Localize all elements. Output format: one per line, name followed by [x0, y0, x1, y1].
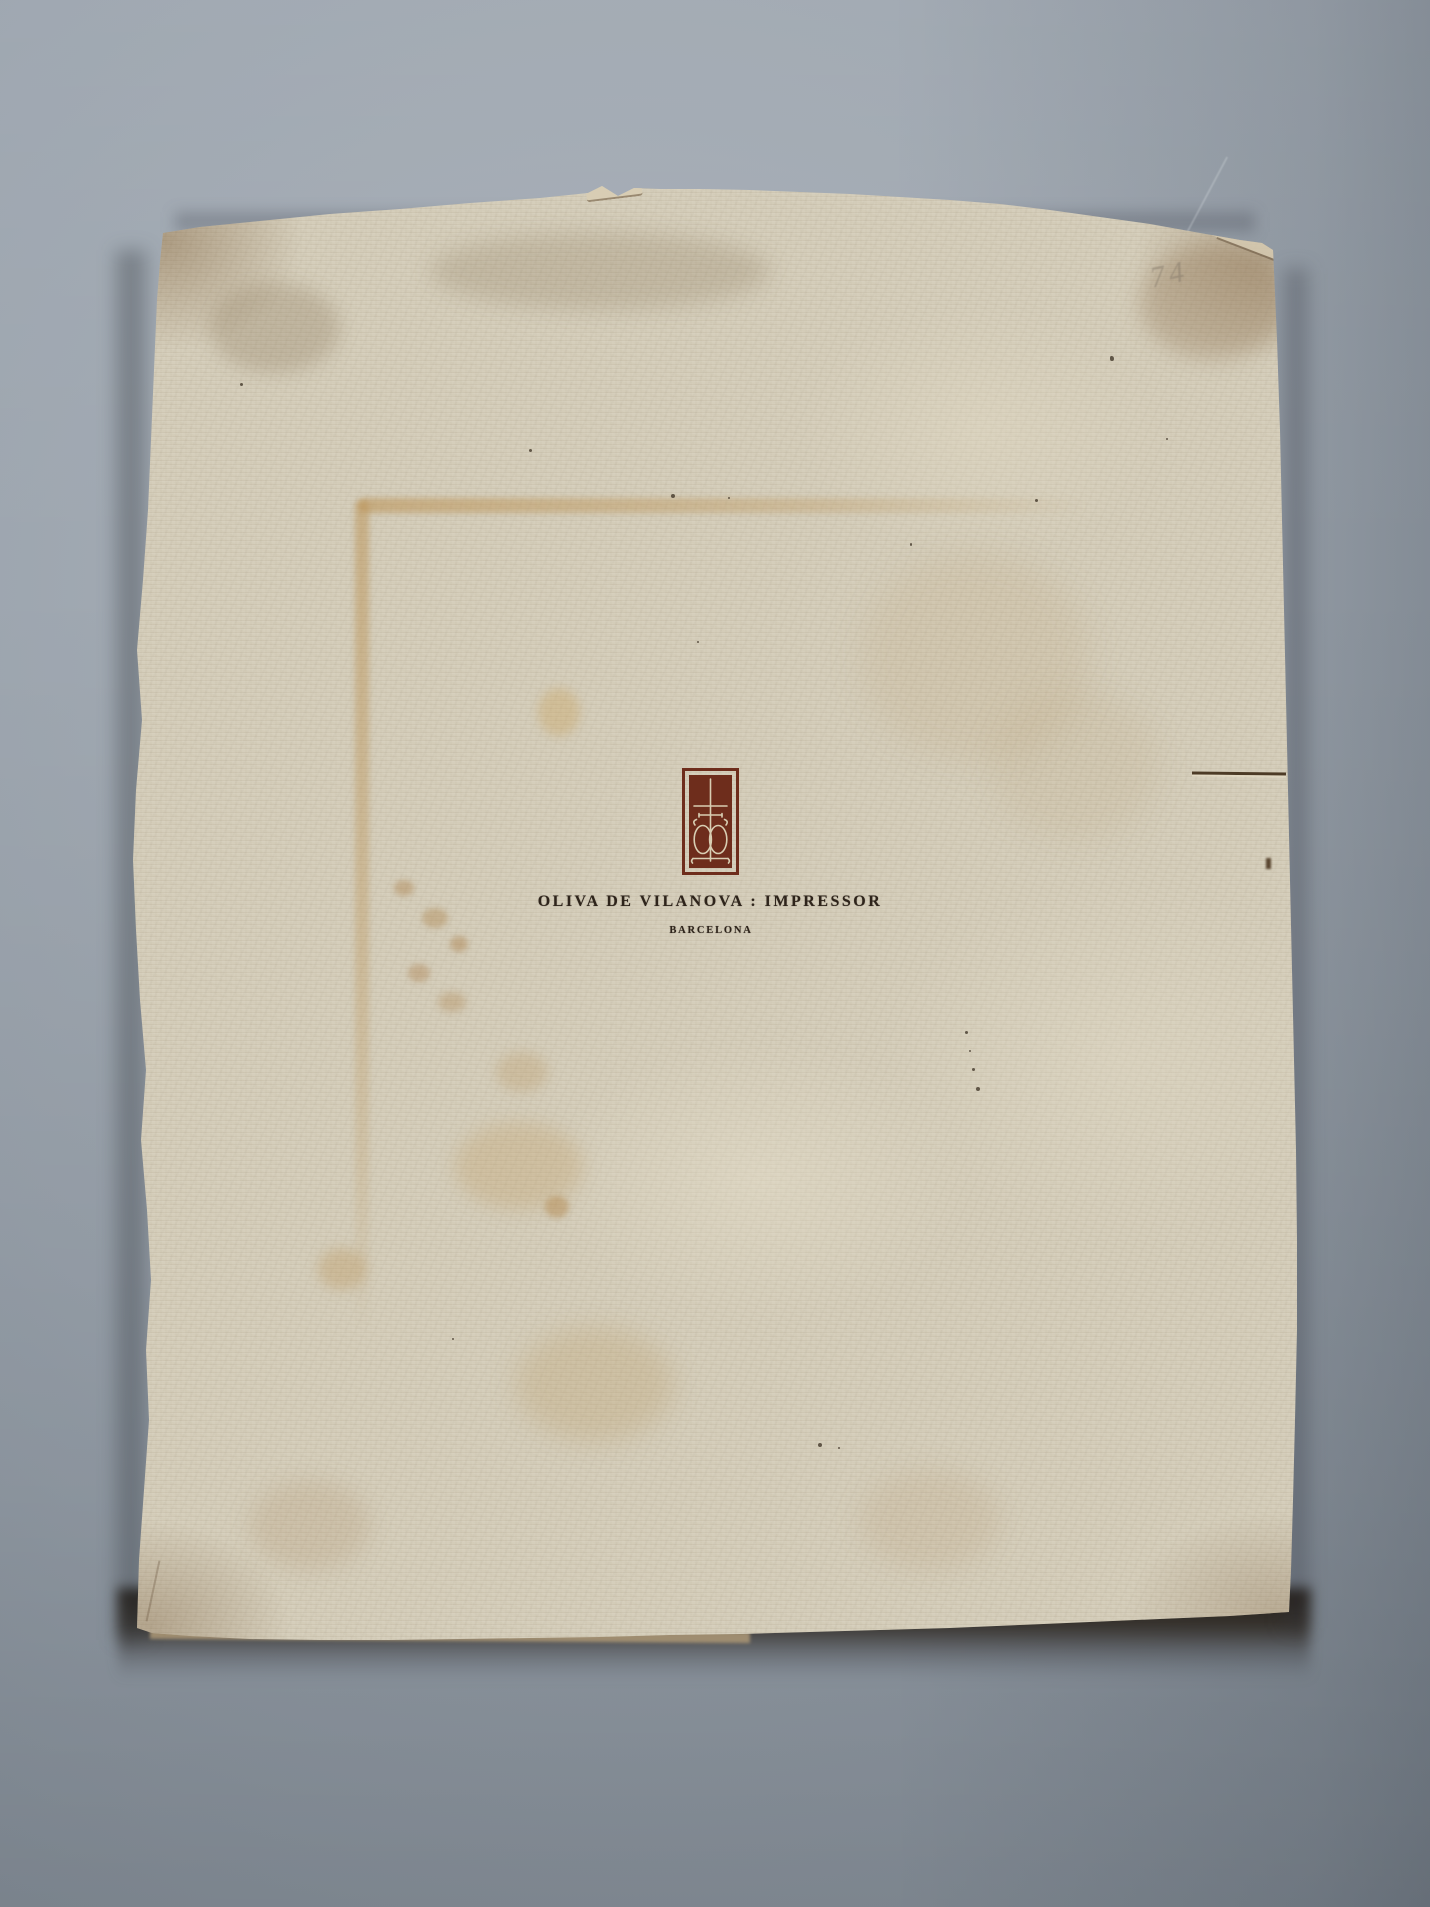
fly-speck: [838, 1447, 840, 1449]
stain: [455, 1122, 583, 1210]
city-line: BARCELONA: [669, 925, 752, 936]
photo-backdrop: OLIVA DE VILANOVA : IMPRESSOR BARCELONA …: [0, 0, 1430, 1907]
fly-speck: [972, 1068, 975, 1071]
fly-speck: [671, 494, 675, 498]
imprint-line: OLIVA DE VILANOVA : IMPRESSOR: [538, 893, 883, 911]
right-edge-notch: [1266, 858, 1271, 869]
fly-speck: [818, 1443, 822, 1447]
fly-speck: [965, 1031, 968, 1034]
stain: [318, 1248, 366, 1290]
fly-speck: [452, 1338, 454, 1340]
fly-speck: [1166, 438, 1168, 440]
fly-speck: [910, 543, 912, 546]
fly-speck: [976, 1087, 980, 1091]
stain: [496, 1052, 548, 1092]
stain: [394, 880, 414, 896]
stain: [545, 1196, 569, 1218]
fly-speck: [728, 497, 730, 499]
stain: [250, 1480, 370, 1570]
stain: [450, 936, 468, 952]
impression-stain-left: [355, 500, 369, 1330]
fly-speck: [969, 1050, 971, 1052]
stain: [210, 283, 340, 373]
stain: [438, 992, 466, 1012]
stain: [516, 1326, 674, 1442]
stain: [422, 908, 448, 928]
fly-speck: [1035, 499, 1038, 502]
oliva-printer-device-icon: [682, 768, 739, 875]
fly-speck: [529, 449, 532, 452]
fly-speck: [1110, 356, 1114, 361]
stain: [990, 690, 1160, 840]
impression-stain-top: [358, 498, 1088, 513]
fly-speck: [240, 383, 243, 386]
stain: [538, 688, 580, 736]
stain: [860, 1470, 1000, 1570]
stain: [430, 232, 770, 310]
fly-speck: [697, 641, 699, 643]
stain: [408, 964, 430, 982]
